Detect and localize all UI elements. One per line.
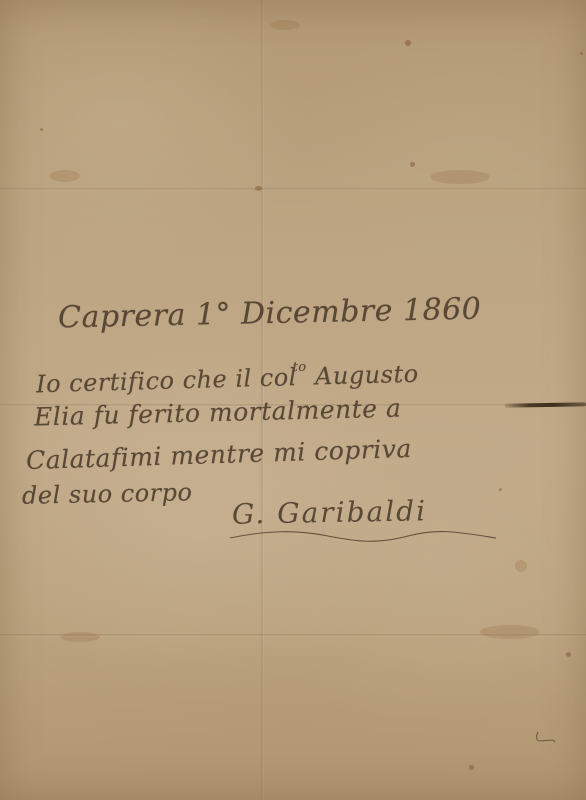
text-line-2: Io certifico che il colto Augusto — [36, 357, 419, 399]
handwritten-text: Caprera 1° Dicembre 1860 Io certifico ch… — [0, 0, 586, 800]
document-sheet: Caprera 1° Dicembre 1860 Io certifico ch… — [0, 0, 586, 800]
dateline: Caprera 1° Dicembre 1860 — [58, 292, 482, 336]
pencil-mark — [535, 730, 557, 744]
text-line-5: del suo corpo — [22, 478, 193, 510]
text-line-2-part-1: Io certifico che il col — [36, 363, 298, 398]
text-line-3: Elia fu ferito mortalmente a — [34, 394, 402, 432]
text-line-4: Calatafimi mentre mi copriva — [26, 434, 413, 475]
signature-underline-flourish — [228, 526, 498, 546]
text-line-2-part-2: Augusto — [315, 360, 419, 391]
superscript-abbreviation: to — [292, 360, 306, 375]
